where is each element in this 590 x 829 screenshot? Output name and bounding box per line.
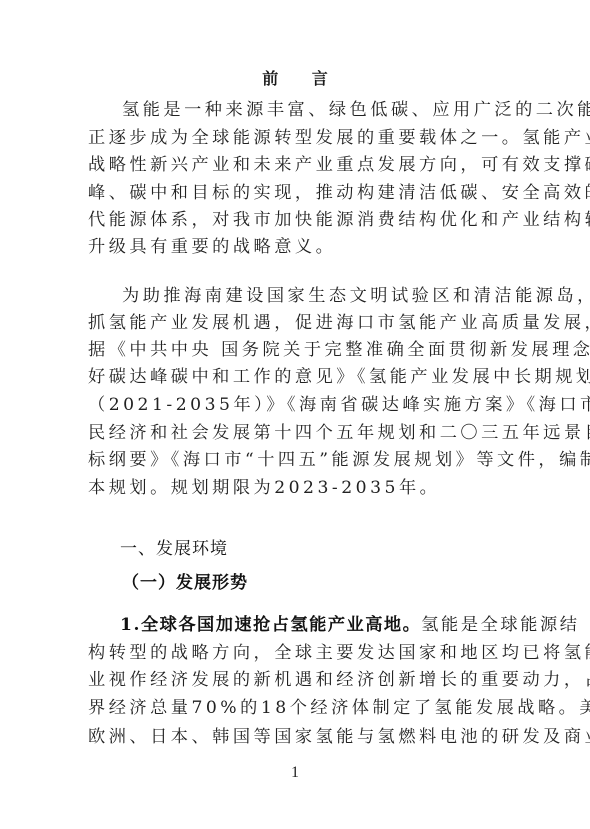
item-lead-bold: 1.全球各国加速抢占氢能产业高地。 — [120, 615, 421, 635]
paragraph-line: 界经济总量70%的18个经济体制定了氢能发展战略。美国、 — [88, 697, 504, 719]
paragraph-line: 业视作经济发展的新机遇和经济创新增长的重要动力，占世 — [88, 669, 504, 691]
item-lead-rest: 氢能是全球能源结 — [421, 615, 579, 635]
paragraph-line: 抓氢能产业发展机遇，促进海口市氢能产业高质量发展，根 — [88, 312, 504, 334]
page-title: 前 言 — [0, 66, 590, 89]
paragraph-line: 代能源体系，对我市加快能源消费结构优化和产业结构转型 — [88, 209, 504, 231]
section-heading: 一、发展环境 — [120, 538, 228, 560]
subsection-heading: （一）发展形势 — [122, 572, 248, 594]
paragraph-line: 战略性新兴产业和未来产业重点发展方向，可有效支撑碳达 — [88, 154, 504, 176]
paragraph-line: 正逐步成为全球能源转型发展的重要载体之一。氢能产业是 — [88, 127, 504, 149]
paragraph-line: 氢能是一种来源丰富、绿色低碳、应用广泛的二次能源， — [122, 99, 504, 121]
document-page: 前 言 氢能是一种来源丰富、绿色低碳、应用广泛的二次能源， 正逐步成为全球能源转… — [0, 0, 590, 829]
paragraph-line: 据《中共中央 国务院关于完整准确全面贯彻新发展理念做 — [88, 339, 504, 361]
paragraph-line: 欧洲、日本、韩国等国家氢能与氢燃料电池的研发及商业化 — [88, 726, 504, 748]
paragraph-line: 升级具有重要的战略意义。 — [88, 236, 504, 258]
paragraph-line: 民经济和社会发展第十四个五年规划和二〇三五年远景目 — [88, 422, 504, 444]
paragraph-line: 构转型的战略方向，全球主要发达国家和地区均已将氢能产 — [88, 642, 504, 664]
page-number: 1 — [0, 764, 590, 782]
paragraph-line: 标纲要》《海口市“十四五”能源发展规划》等文件，编制 — [88, 449, 504, 471]
paragraph-line: 好碳达峰碳中和工作的意见》《氢能产业发展中长期规划 — [88, 366, 504, 388]
paragraph-line: 本规划。规划期限为2023-2035年。 — [88, 477, 504, 499]
paragraph-line: 为助推海南建设国家生态文明试验区和清洁能源岛，紧 — [122, 285, 504, 307]
paragraph-line: （2021-2035年）》《海南省碳达峰实施方案》《海口市国 — [88, 394, 504, 416]
paragraph-line: 峰、碳中和目标的实现，推动构建清洁低碳、安全高效的现 — [88, 182, 504, 204]
item-first-line: 1.全球各国加速抢占氢能产业高地。氢能是全球能源结 — [120, 614, 504, 636]
